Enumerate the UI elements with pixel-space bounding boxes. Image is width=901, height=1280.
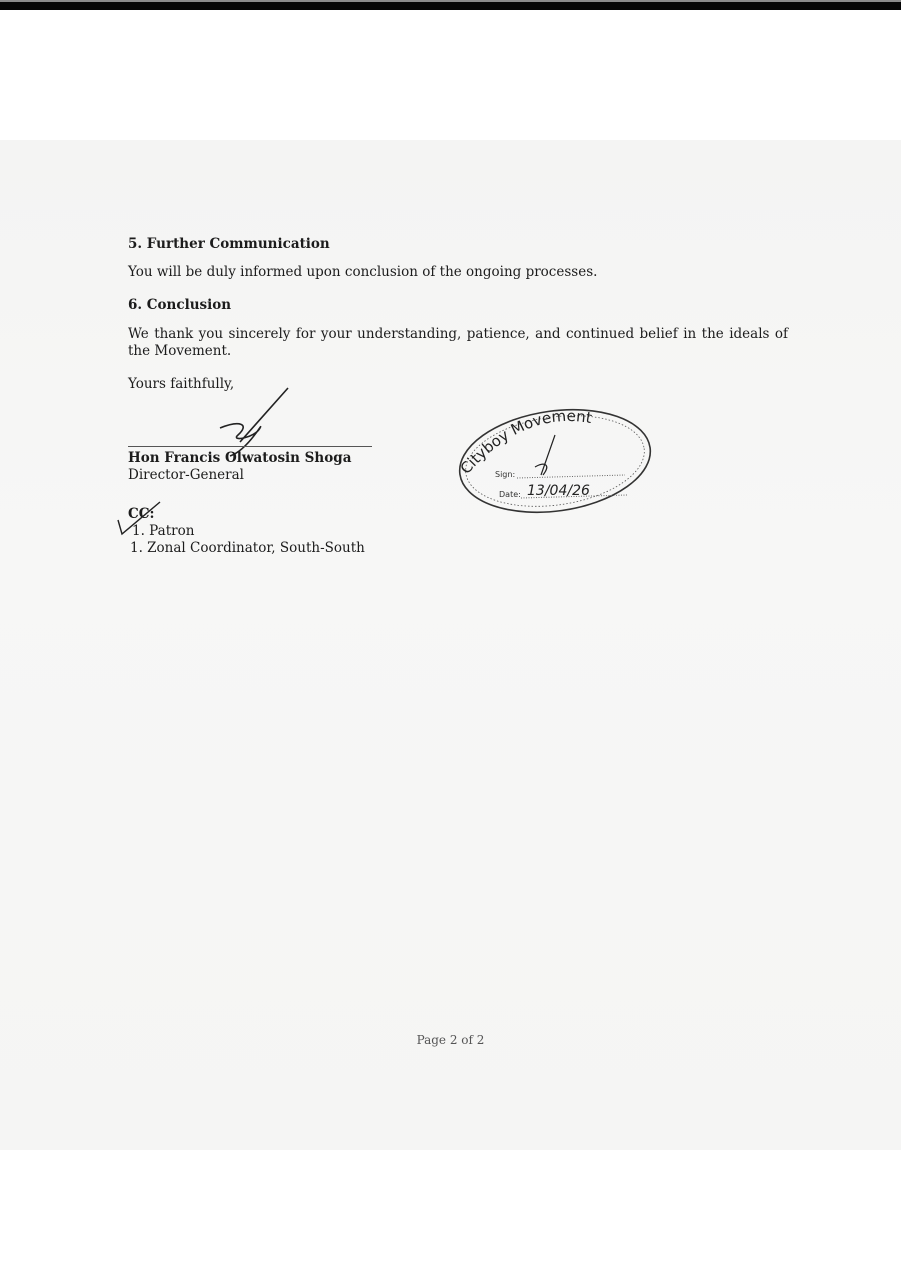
- svg-text:13/04/26: 13/04/26: [527, 483, 590, 499]
- page-number: Page 2 of 2: [0, 1033, 901, 1047]
- signature-line: [128, 446, 372, 447]
- organization-stamp: Cityboy Movement Sign: Date: 13/04/26: [455, 405, 655, 517]
- section-5-body: You will be duly informed upon conclusio…: [128, 264, 597, 281]
- document-page: [0, 140, 901, 1150]
- signature-scribble: [200, 380, 300, 460]
- cc-item: 1. Zonal Coordinator, South-South: [130, 540, 365, 557]
- cc-item: 1. Patron: [132, 523, 194, 540]
- section-6-body: We thank you sincerely for your understa…: [128, 326, 788, 360]
- signatory-title: Director-General: [128, 467, 244, 484]
- top-border: [0, 0, 901, 10]
- svg-text:Cityboy Movement: Cityboy Movement: [457, 407, 594, 478]
- signatory-name: Hon Francis Olwatosin Shoga: [128, 450, 351, 467]
- section-5-heading: 5. Further Communication: [128, 236, 330, 253]
- section-6-heading: 6. Conclusion: [128, 297, 231, 314]
- svg-text:Sign:: Sign:: [495, 470, 515, 479]
- svg-text:Date:: Date:: [499, 490, 521, 499]
